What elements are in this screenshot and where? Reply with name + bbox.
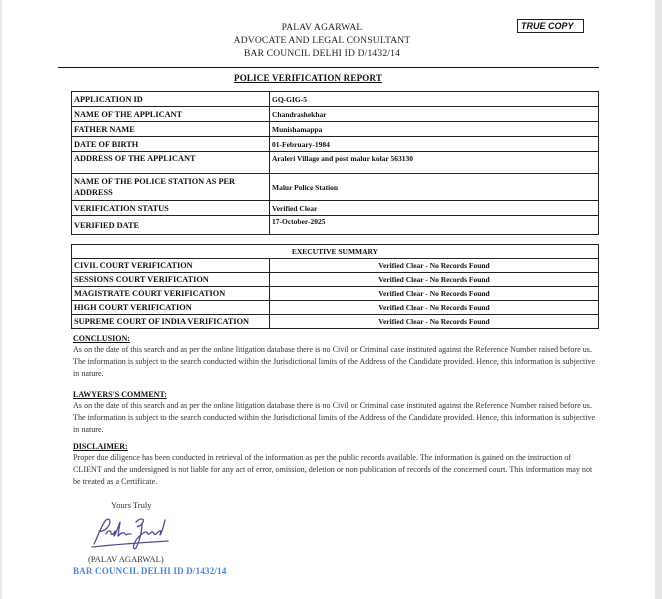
label-address: ADDRESS OF THE APPLICANT	[72, 152, 270, 174]
true-copy-stamp: TRUE COPY	[517, 19, 584, 33]
value-police-station: Malur Police Station	[270, 174, 599, 201]
header-divider	[58, 67, 599, 68]
conclusion-section: CONCLUSION: As on the date of this searc…	[73, 333, 599, 380]
conclusion-text: As on the date of this search and as per…	[73, 344, 599, 380]
label-civil-court: CIVIL COURT VERIFICATION	[72, 259, 270, 273]
signatory-name: (PALAV AGARWAL)	[88, 554, 164, 564]
label-supreme-court: SUPREME COURT OF INDIA VERIFICATION	[72, 315, 270, 329]
lawyers-comment-section: LAWYERS'S COMMENT: As on the date of thi…	[73, 389, 599, 436]
label-application-id: APPLICATION ID	[72, 92, 270, 107]
value-applicant-name: Chandrashekhar	[270, 107, 599, 122]
lawyers-comment-text: As on the date of this search and as per…	[73, 400, 599, 436]
letterhead-bar-id: BAR COUNCIL DELHI ID D/1432/14	[202, 48, 442, 61]
table-row: APPLICATION ID GQ-GIG-5	[72, 92, 599, 107]
report-title: POLICE VERIFICATION REPORT	[234, 73, 382, 83]
value-sessions-court: Verified Clear - No Records Found	[270, 273, 599, 287]
label-verified-date: VERIFIED DATE	[72, 216, 270, 235]
conclusion-heading: CONCLUSION:	[73, 333, 599, 344]
disclaimer-heading: DISCLAIMER:	[73, 441, 599, 452]
label-high-court: HIGH COURT VERIFICATION	[72, 301, 270, 315]
label-magistrate-court: MAGISTRATE COURT VERIFICATION	[72, 287, 270, 301]
table-row: SESSIONS COURT VERIFICATION Verified Cle…	[72, 273, 599, 287]
value-father-name: Munishamappa	[270, 122, 599, 137]
table-row: SUPREME COURT OF INDIA VERIFICATION Veri…	[72, 315, 599, 329]
document-page: PALAV AGARWAL ADVOCATE AND LEGAL CONSULT…	[2, 0, 655, 599]
table-row: ADDRESS OF THE APPLICANT Araleri Village…	[72, 152, 599, 174]
applicant-details-table: APPLICATION ID GQ-GIG-5 NAME OF THE APPL…	[71, 91, 599, 235]
table-row: MAGISTRATE COURT VERIFICATION Verified C…	[72, 287, 599, 301]
label-verification-status: VERIFICATION STATUS	[72, 201, 270, 216]
letterhead-name: PALAV AGARWAL	[202, 22, 442, 35]
label-father-name: FATHER NAME	[72, 122, 270, 137]
table-row: VERIFIED DATE 17-October-2025	[72, 216, 599, 235]
table-row: CIVIL COURT VERIFICATION Verified Clear …	[72, 259, 599, 273]
value-verification-status: Verified Clear	[270, 201, 599, 216]
signature-icon	[90, 514, 170, 552]
executive-summary-heading: EXECUTIVE SUMMARY	[72, 245, 599, 259]
table-row: NAME OF THE APPLICANT Chandrashekhar	[72, 107, 599, 122]
disclaimer-section: DISCLAIMER: Proper due diligence has bee…	[73, 441, 599, 488]
table-row: DATE OF BIRTH 01-February-1984	[72, 137, 599, 152]
disclaimer-text: Proper due diligence has been conducted …	[73, 452, 599, 488]
value-date-of-birth: 01-February-1984	[270, 137, 599, 152]
executive-summary-table: EXECUTIVE SUMMARY CIVIL COURT VERIFICATI…	[71, 244, 599, 329]
salutation: Yours Truly	[111, 500, 151, 510]
label-applicant-name: NAME OF THE APPLICANT	[72, 107, 270, 122]
label-date-of-birth: DATE OF BIRTH	[72, 137, 270, 152]
signatory-bar-id: BAR COUNCIL DELHI ID D/1432/14	[73, 566, 227, 576]
table-row: HIGH COURT VERIFICATION Verified Clear -…	[72, 301, 599, 315]
lawyers-comment-heading: LAWYERS'S COMMENT:	[73, 389, 599, 400]
value-supreme-court: Verified Clear - No Records Found	[270, 315, 599, 329]
table-row: VERIFICATION STATUS Verified Clear	[72, 201, 599, 216]
value-address: Araleri Village and post malur kolar 563…	[270, 152, 599, 174]
letterhead: PALAV AGARWAL ADVOCATE AND LEGAL CONSULT…	[202, 22, 442, 61]
value-verified-date: 17-October-2025	[270, 216, 599, 235]
table-row: NAME OF THE POLICE STATION AS PER ADDRES…	[72, 174, 599, 201]
value-high-court: Verified Clear - No Records Found	[270, 301, 599, 315]
table-header-row: EXECUTIVE SUMMARY	[72, 245, 599, 259]
value-magistrate-court: Verified Clear - No Records Found	[270, 287, 599, 301]
label-police-station: NAME OF THE POLICE STATION AS PER ADDRES…	[72, 174, 270, 201]
letterhead-title: ADVOCATE AND LEGAL CONSULTANT	[202, 35, 442, 48]
value-application-id: GQ-GIG-5	[270, 92, 599, 107]
label-sessions-court: SESSIONS COURT VERIFICATION	[72, 273, 270, 287]
table-row: FATHER NAME Munishamappa	[72, 122, 599, 137]
value-civil-court: Verified Clear - No Records Found	[270, 259, 599, 273]
